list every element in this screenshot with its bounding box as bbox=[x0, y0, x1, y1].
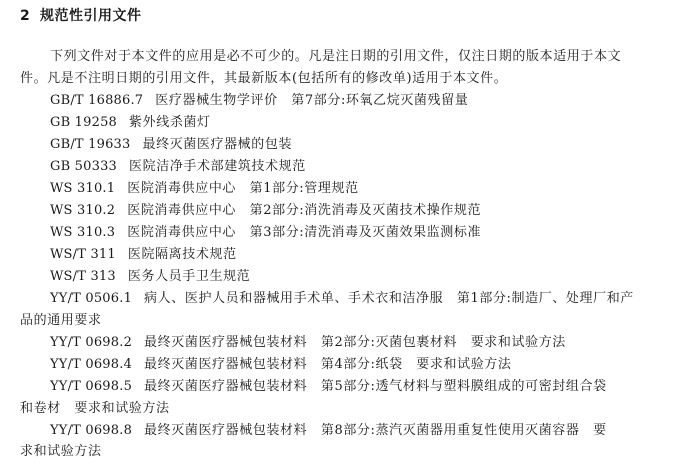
reference-item: GB/T 19633最终灭菌医疗器械的包装 bbox=[50, 137, 292, 153]
reference-continuation: 和卷材 要求和试验方法 bbox=[20, 401, 170, 417]
reference-item: GB/T 16886.7医疗器械生物学评价 第7部分:环氧乙烷灭菌残留量 bbox=[50, 93, 468, 109]
section-number: 2 bbox=[20, 8, 40, 24]
reference-item: YY/T 0698.5最终灭菌医疗器械包装材料 第5部分:透气材料与塑料膜组成的… bbox=[50, 379, 607, 395]
reference-item: WS/T 311医院隔离技术规范 bbox=[50, 247, 237, 263]
intro-paragraph-line-1: 下列文件对于本文件的应用是必不可少的。凡是注日期的引用文件，仅注日期的版本适用于… bbox=[50, 49, 621, 65]
reference-code: YY/T 0698.2 bbox=[50, 335, 132, 351]
reference-title: 医院洁净手术部建筑技术规范 bbox=[129, 159, 306, 174]
reference-title: 最终灭菌医疗器械包装材料 第2部分:灭菌包裹材料 要求和试验方法 bbox=[144, 335, 566, 350]
reference-item: GB 50333医院洁净手术部建筑技术规范 bbox=[50, 159, 306, 175]
reference-title: 医院消毒供应中心 第3部分:清洗消毒及灭菌效果监测标准 bbox=[127, 225, 481, 240]
section-title: 规范性引用文件 bbox=[40, 8, 142, 24]
intro-paragraph-line-2: 件。凡是不注明日期的引用文件，其最新版本(包括所有的修改单)适用于本文件。 bbox=[20, 71, 507, 87]
reference-title: 医院消毒供应中心 第1部分:管理规范 bbox=[127, 181, 358, 196]
reference-code: WS/T 311 bbox=[50, 247, 116, 263]
reference-code: GB 50333 bbox=[50, 159, 117, 175]
reference-code: WS 310.3 bbox=[50, 225, 115, 241]
reference-continuation: 品的通用要求 bbox=[20, 313, 102, 329]
reference-title: 紫外线杀菌灯 bbox=[129, 115, 211, 130]
reference-title: 医院消毒供应中心 第2部分:消洗消毒及灭菌技术操作规范 bbox=[127, 203, 481, 218]
section-heading: 2规范性引用文件 bbox=[20, 5, 142, 25]
reference-code: WS 310.2 bbox=[50, 203, 115, 219]
reference-title: 医疗器械生物学评价 第7部分:环氧乙烷灭菌残留量 bbox=[155, 93, 468, 108]
reference-item: YY/T 0506.1病人、医护人员和器械用手术单、手术衣和洁净服 第1部分:制… bbox=[50, 291, 634, 307]
reference-item: WS 310.2医院消毒供应中心 第2部分:消洗消毒及灭菌技术操作规范 bbox=[50, 203, 481, 219]
reference-item: WS/T 313医务人员手卫生规范 bbox=[50, 269, 250, 285]
reference-code: YY/T 0698.5 bbox=[50, 379, 132, 395]
reference-code: GB/T 19633 bbox=[50, 137, 130, 153]
reference-title: 最终灭菌医疗器械的包装 bbox=[142, 137, 292, 152]
reference-code: GB/T 16886.7 bbox=[50, 93, 143, 109]
reference-code: YY/T 0698.8 bbox=[50, 423, 132, 439]
reference-title: 最终灭菌医疗器械包装材料 第8部分:蒸汽灭菌器用重复性使用灭菌容器 要 bbox=[144, 423, 607, 438]
reference-title: 医院隔离技术规范 bbox=[128, 247, 237, 262]
reference-code: YY/T 0698.4 bbox=[50, 357, 132, 373]
reference-item: GB 19258紫外线杀菌灯 bbox=[50, 115, 211, 131]
reference-code: GB 19258 bbox=[50, 115, 117, 131]
reference-title: 最终灭菌医疗器械包装材料 第5部分:透气材料与塑料膜组成的可密封组合袋 bbox=[144, 379, 607, 394]
reference-code: YY/T 0506.1 bbox=[50, 291, 132, 307]
reference-title: 医务人员手卫生规范 bbox=[128, 269, 250, 284]
reference-title: 最终灭菌医疗器械包装材料 第4部分:纸袋 要求和试验方法 bbox=[144, 357, 511, 372]
reference-item: YY/T 0698.8最终灭菌医疗器械包装材料 第8部分:蒸汽灭菌器用重复性使用… bbox=[50, 423, 607, 439]
reference-item: WS 310.1医院消毒供应中心 第1部分:管理规范 bbox=[50, 181, 359, 197]
reference-code: WS 310.1 bbox=[50, 181, 115, 197]
reference-item: YY/T 0698.4最终灭菌医疗器械包装材料 第4部分:纸袋 要求和试验方法 bbox=[50, 357, 512, 373]
reference-item: YY/T 0698.2最终灭菌医疗器械包装材料 第2部分:灭菌包裹材料 要求和试… bbox=[50, 335, 566, 351]
document-page: 2规范性引用文件 下列文件对于本文件的应用是必不可少的。凡是注日期的引用文件，仅… bbox=[0, 0, 688, 464]
reference-code: WS/T 313 bbox=[50, 269, 116, 285]
reference-continuation: 求和试验方法 bbox=[20, 444, 102, 460]
reference-title: 病人、医护人员和器械用手术单、手术衣和洁净服 第1部分:制造厂、处理厂和产 bbox=[144, 291, 634, 306]
reference-item: WS 310.3医院消毒供应中心 第3部分:清洗消毒及灭菌效果监测标准 bbox=[50, 225, 481, 241]
